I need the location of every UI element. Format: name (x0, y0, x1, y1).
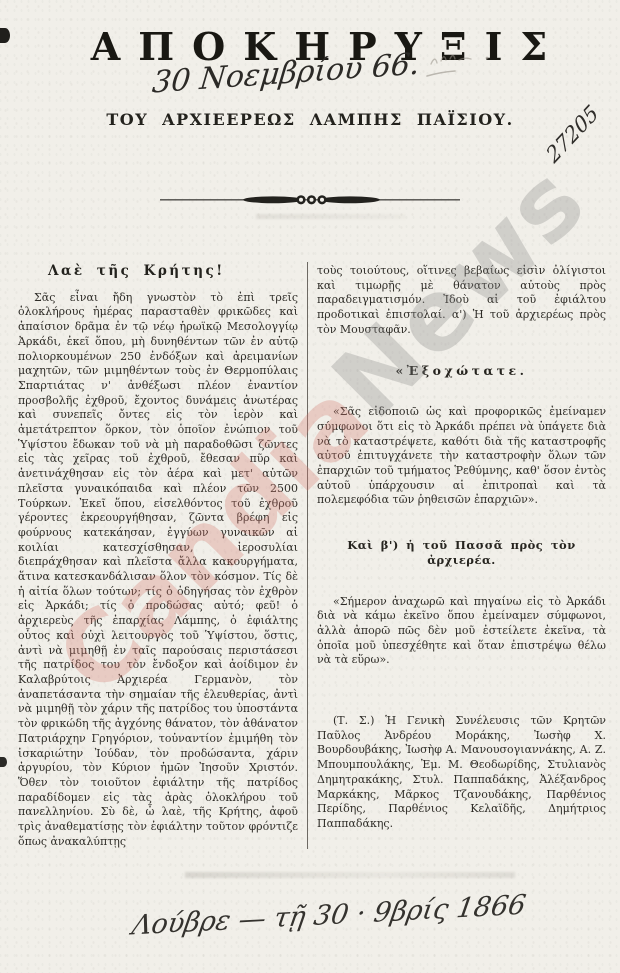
pencil-scribble-mark (425, 50, 495, 86)
document-page: ΑΠΟΚΗΡΥΞΙΣ 30 Νοεμβρίου 66. ΤΟΥ ΑΡΧΙΕΕΡΕ… (0, 0, 620, 973)
right-column-paragraph-3: «Σήμερον ἀναχωρῶ καὶ πηγαίνω εἰς τὸ Ἀρκά… (317, 595, 606, 669)
handwritten-date-bottom: Λούβρε — τῇ 30 · 9βρίς 1866 (130, 890, 528, 942)
letter-heading-excellency: «Ἐξοχώτατε. (317, 364, 606, 379)
text-columns: Λαὲ τῆς Κρήτης! Σᾶς εἶναι ἤδη γνωστὸν τὸ… (18, 262, 606, 849)
left-column: Λαὲ τῆς Κρήτης! Σᾶς εἶναι ἤδη γνωστὸν τὸ… (18, 262, 307, 849)
salutation-heading: Λαὲ τῆς Κρήτης! (48, 264, 298, 279)
scan-artifact-bleedthrough (185, 872, 515, 878)
divider-ornament-icon (160, 192, 460, 208)
page-subtitle: ΤΟΥ ΑΡΧΙΕΕΡΕΩΣ ΛΑΜΠΗΣ ΠΑΪΣΙΟΥ. (0, 110, 620, 129)
scan-artifact-bleedthrough (256, 214, 406, 219)
signatures-paragraph: (Τ. Σ.) Ἡ Γενικὴ Συνέλευσις τῶν Κρητῶν Π… (317, 714, 606, 832)
right-column: τοὺς τοιούτους, οἵτινες βεβαίως εἰσὶν ὀλ… (307, 262, 606, 849)
right-column-paragraph-2: «Σᾶς εἰδοποιῶ ὡς καὶ προφορικῶς ἐμείναμε… (317, 405, 606, 508)
scan-artifact-smudge (0, 757, 7, 767)
divider-rule (0, 192, 620, 212)
letter-heading-pasha: Καὶ β') ἡ τοῦ Πασσᾶ πρὸς τὸν ἀρχιερέα. (317, 538, 606, 567)
right-column-paragraph-1: τοὺς τοιούτους, οἵτινες βεβαίως εἰσὶν ὀλ… (317, 264, 606, 338)
left-column-paragraph: Σᾶς εἶναι ἤδη γνωστὸν τὸ ἐπὶ τρεῖς ὁλοκλ… (18, 291, 298, 850)
